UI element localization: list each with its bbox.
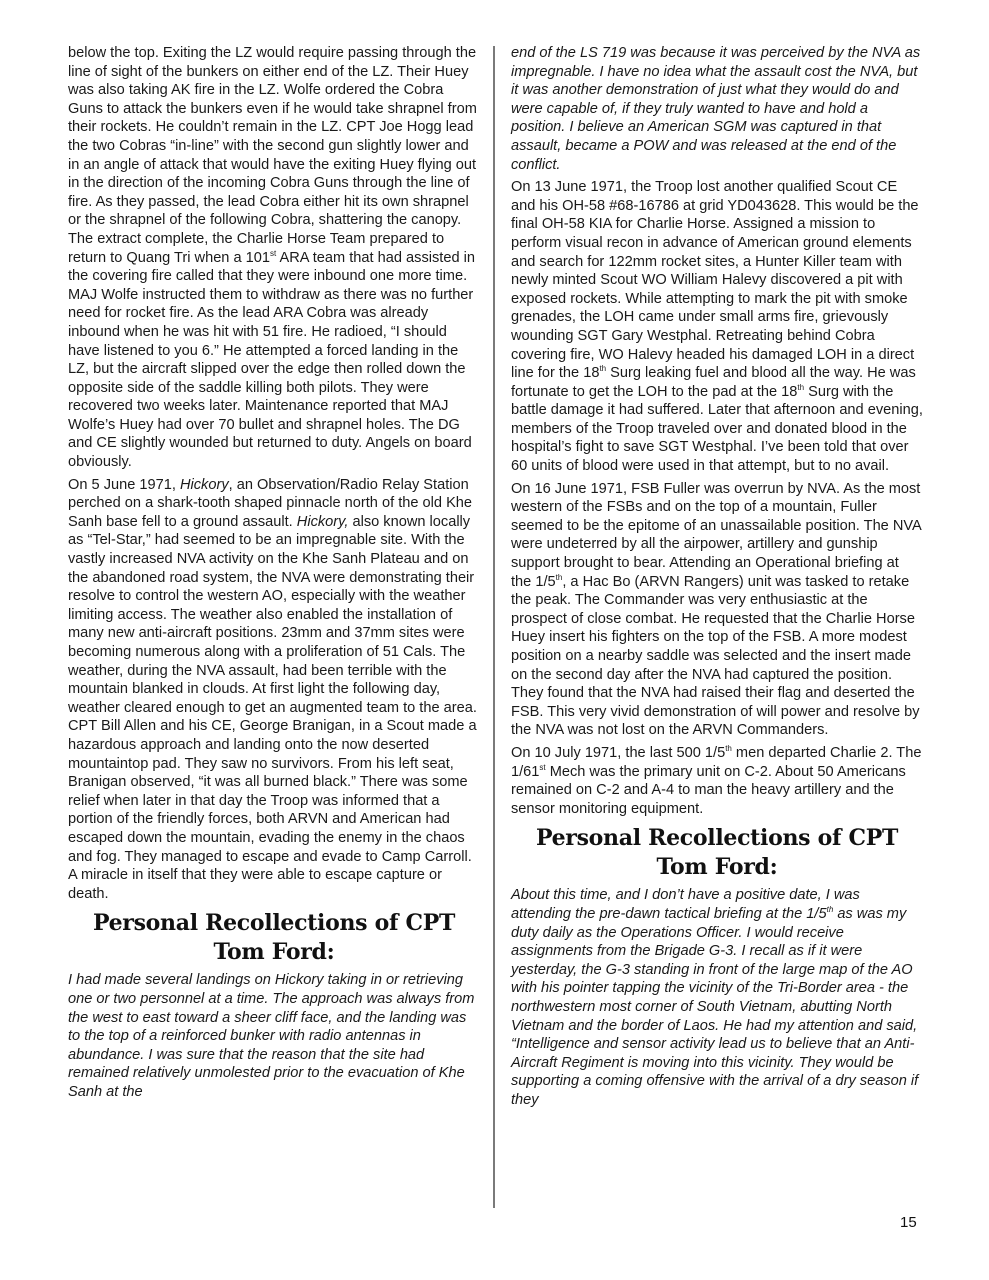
left-column: below the top. Exiting the LZ would requ…: [68, 44, 480, 1105]
page-number: 15: [900, 1214, 917, 1231]
superscript: th: [725, 744, 732, 753]
text-run: On 10 July 1971, the last 500 1/5: [511, 745, 725, 761]
paragraph-lz-extract: below the top. Exiting the LZ would requ…: [68, 44, 480, 472]
italic-text: Hickory,: [297, 514, 349, 530]
text-run: Mech was the primary unit on C-2. About …: [511, 764, 906, 817]
text-run: On 13 June 1971, the Troop lost another …: [511, 179, 919, 381]
text-run: , a Hac Bo (ARVN Rangers) unit was taske…: [511, 574, 920, 739]
section-heading: Personal Recollections of CPT Tom Ford:: [68, 909, 480, 967]
column-divider: [493, 46, 495, 1208]
text-run: About this time, and I don’t have a posi…: [511, 887, 860, 922]
text-run: also known locally as “Tel-Star,” had se…: [68, 514, 477, 902]
paragraph-16-june: On 16 June 1971, FSB Fuller was overrun …: [511, 480, 923, 740]
text-run: as was my duty daily as the Operations O…: [511, 906, 918, 1108]
text-run: On 5 June 1971,: [68, 477, 180, 493]
text-run: ARA team that had assisted in the coveri…: [68, 250, 475, 471]
paragraph-recollection: I had made several landings on Hickory t…: [68, 971, 480, 1101]
paragraph-recollection-continued: end of the LS 719 was because it was per…: [511, 44, 923, 174]
paragraph-10-july: On 10 July 1971, the last 500 1/5th men …: [511, 744, 923, 818]
right-column: end of the LS 719 was because it was per…: [511, 44, 923, 1113]
section-heading: Personal Recollections of CPT Tom Ford:: [511, 824, 923, 882]
paragraph-13-june: On 13 June 1971, the Troop lost another …: [511, 178, 923, 476]
document-page: below the top. Exiting the LZ would requ…: [0, 0, 989, 1280]
paragraph-recollection-briefing: About this time, and I don’t have a posi…: [511, 886, 923, 1109]
text-run: below the top. Exiting the LZ would requ…: [68, 45, 477, 266]
paragraph-hickory: On 5 June 1971, Hickory, an Observation/…: [68, 476, 480, 904]
italic-text: Hickory: [180, 477, 229, 493]
